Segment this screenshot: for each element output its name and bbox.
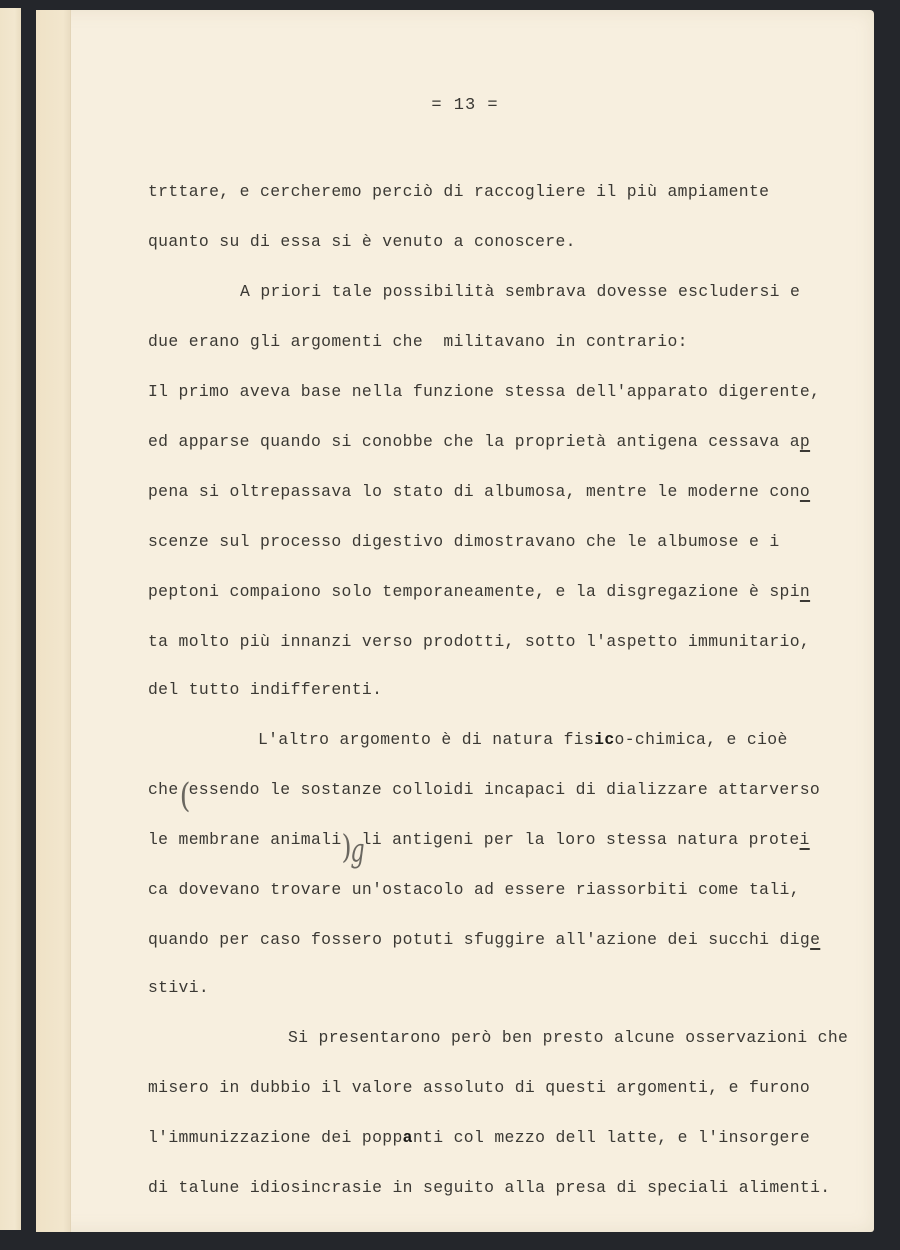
text-line: Il primo aveva base nella funzione stess… (148, 382, 820, 402)
text-line: ca dovevano trovare un'ostacolo ad esser… (148, 880, 800, 900)
text-line: del tutto indifferenti. (148, 680, 382, 700)
text-line: ta molto più innanzi verso prodotti, sot… (148, 632, 810, 652)
typed-overstrike: a (403, 1128, 413, 1147)
line-text: essendo le sostanze colloidi incapaci di… (189, 780, 821, 799)
line-text: che (148, 780, 179, 799)
previous-page-edge (0, 8, 21, 1230)
text-line: due erano gli argomenti che militavano i… (148, 332, 688, 352)
line-text: o-chimica, e cioè (615, 730, 788, 749)
text-line: di talune idiosincrasie in seguito alla … (148, 1178, 830, 1198)
text-line: peptoni compaiono solo temporaneamente, … (148, 582, 810, 602)
text-line: pena si oltrepassava lo stato di albumos… (148, 482, 810, 502)
text-line: le membrane animali)gli antigeni per la … (148, 830, 810, 850)
hyphenation-underline: n (800, 582, 810, 601)
text-line: misero in dubbio il valore assoluto di q… (148, 1078, 810, 1098)
line-text: quando per caso fossero potuti sfuggire … (148, 930, 810, 949)
pencil-inserted-letter: g (351, 837, 365, 867)
text-line: che(essendo le sostanze colloidi incapac… (148, 780, 820, 800)
hyphenation-underline: p (800, 432, 810, 451)
line-text: ed apparse quando si conobbe che la prop… (148, 432, 800, 451)
book-gutter (21, 0, 37, 1250)
text-line: scenze sul processo digestivo dimostrava… (148, 532, 780, 552)
line-text: L'altro argomento è di natura fis (258, 730, 594, 749)
line-text: peptoni compaiono solo temporaneamente, … (148, 582, 800, 601)
hyphenation-underline: i (800, 830, 810, 849)
paragraph-start-line: Si presentarono però ben presto alcune o… (288, 1028, 848, 1048)
text-line: trttare, e cercheremo perciò di raccogli… (148, 182, 769, 202)
line-text: pena si oltrepassava lo stato di albumos… (148, 482, 800, 501)
line-text: le membrane animali (148, 830, 342, 849)
line-text: nti col mezzo dell latte, e l'insorgere (413, 1128, 810, 1147)
text-line: ed apparse quando si conobbe che la prop… (148, 432, 810, 452)
document-page: = 13 = trttare, e cercheremo perciò di r… (36, 10, 874, 1232)
typed-overstrike: ic (594, 730, 614, 749)
text-line: quanto su di essa si è venuto a conoscer… (148, 232, 576, 252)
text-line: stivi. (148, 978, 209, 998)
text-line: l'immunizzazione dei poppanti col mezzo … (148, 1128, 810, 1148)
text-line: quando per caso fossero potuti sfuggire … (148, 930, 820, 950)
line-text: l'immunizzazione dei popp (148, 1128, 403, 1147)
page-number: = 13 = (46, 96, 884, 115)
line-text: li antigeni per la loro stessa natura pr… (362, 830, 800, 849)
binding-strip (36, 10, 71, 1232)
hyphenation-underline: e (810, 930, 820, 949)
pencil-paren-open-icon: ( (180, 784, 191, 808)
hyphenation-underline: o (800, 482, 810, 501)
paragraph-start-line: A priori tale possibilità sembrava doves… (240, 282, 800, 302)
paragraph-start-line: L'altro argomento è di natura fisico-chi… (258, 730, 788, 750)
